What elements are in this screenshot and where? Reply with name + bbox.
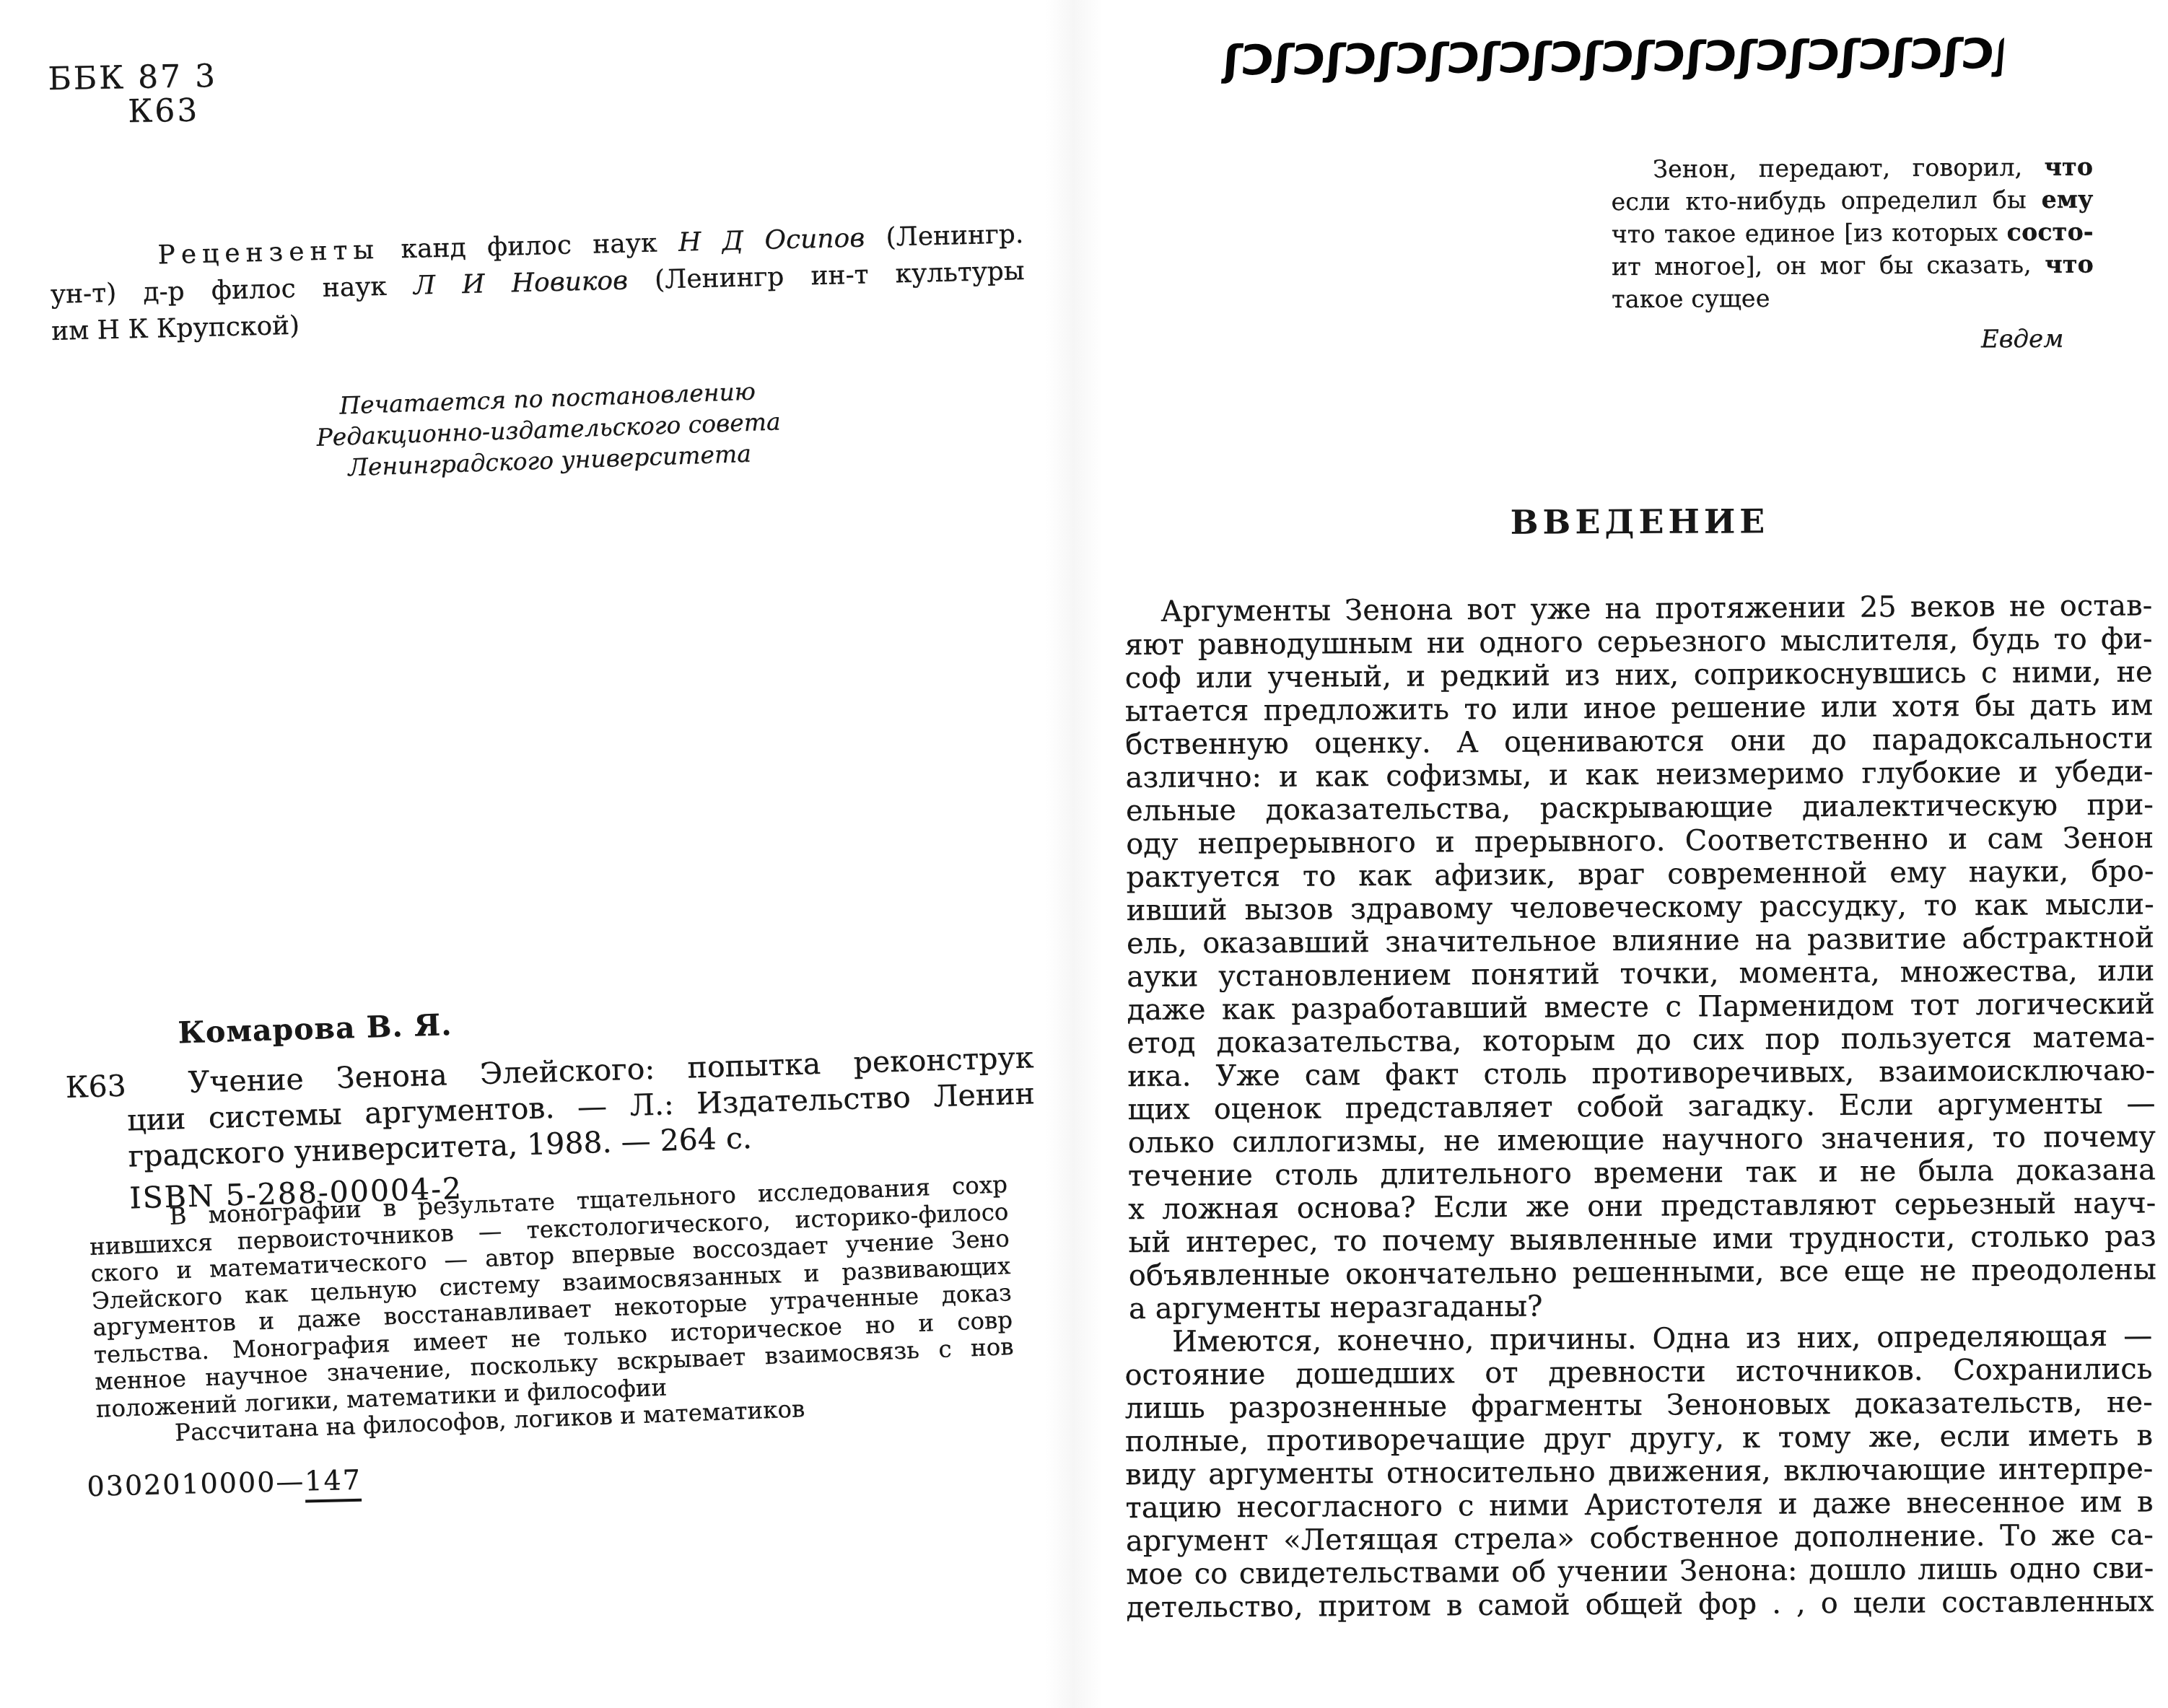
epigraph-bold-word: что <box>2045 250 2094 279</box>
book-spread-scan: ББК 87 3 К63 Рецензенты канд филос наук … <box>0 0 2168 1708</box>
reviewer-affiliation-1: (Ленингр. <box>886 219 1024 253</box>
catalog-number-numerator: 0302010000— <box>87 1466 305 1502</box>
epigraph-line: что такое единое [из которых состо- <box>1611 216 2093 250</box>
author-sign-code: К63 <box>128 93 218 128</box>
reviewer-affiliation-2: (Ленингр ин-т культуры <box>655 256 1025 295</box>
catalog-code: К63 <box>65 1068 126 1104</box>
reviewers-note: Рецензенты канд филос наук Н Д Осипов (Л… <box>49 216 1026 350</box>
reviewers-label: Рецензенты <box>157 235 380 271</box>
reviewer-name-2: Л И Новиков <box>413 266 628 300</box>
epigraph-attribution: Евдем <box>1612 323 2094 357</box>
reviewer-degree: канд филос наук <box>401 228 657 264</box>
bbk-code: ББК 87 3 <box>48 59 217 96</box>
epigraph-line: такое сущее <box>1612 280 2094 315</box>
reviewer-name-1: Н Д Осипов <box>678 223 865 257</box>
text-line: детельство, притом в самой общей фор . ,… <box>1126 1585 2154 1624</box>
bbk-classification: ББК 87 3 К63 <box>48 59 218 130</box>
epigraph-bold-word: что <box>2044 153 2093 181</box>
epigraph-bold-word: состо- <box>2006 218 2093 247</box>
reviewer-degree-2: ун-т) д-р филос наук <box>50 272 387 310</box>
ornament-band: ʃƆʃƆʃƆʃƆʃƆʃƆʃƆʃƆʃƆʃƆʃƆʃƆʃƆʃƆʃƆʃƆʃ <box>1220 22 2006 93</box>
epigraph-bold-word: ему <box>2041 185 2093 214</box>
catalog-number: 0302010000—147 <box>87 1464 362 1502</box>
epigraph-line: ит многое], он мог бы сказать, что <box>1612 248 2094 283</box>
intro-paragraph-2: Имеются, конечно, причины. Одна из них, … <box>1124 1319 2154 1624</box>
chapter-heading: ВВЕДЕНИЕ <box>1126 501 2154 543</box>
book-author: Комарова В. Я. <box>178 990 1033 1050</box>
page-gutter-shadow <box>1045 0 1103 1708</box>
epigraph: Зенон, передают, говорил, что если кто-н… <box>1611 151 2094 358</box>
imprint-note: Печатается по постановлению Редакционно-… <box>309 375 788 484</box>
intro-paragraph-1: Аргументы Зенона вот уже на протяжении 2… <box>1124 589 2156 1326</box>
annotation: В монографии в результате тщательного ис… <box>88 1171 1016 1450</box>
epigraph-line: Зенон, передают, говорил, что <box>1611 151 2093 185</box>
catalog-number-suffix: 147 <box>305 1464 362 1503</box>
epigraph-line: если кто-нибудь определил бы ему <box>1611 183 2093 218</box>
text-line: объявленные окончательно решенными, все … <box>1129 1253 2156 1292</box>
